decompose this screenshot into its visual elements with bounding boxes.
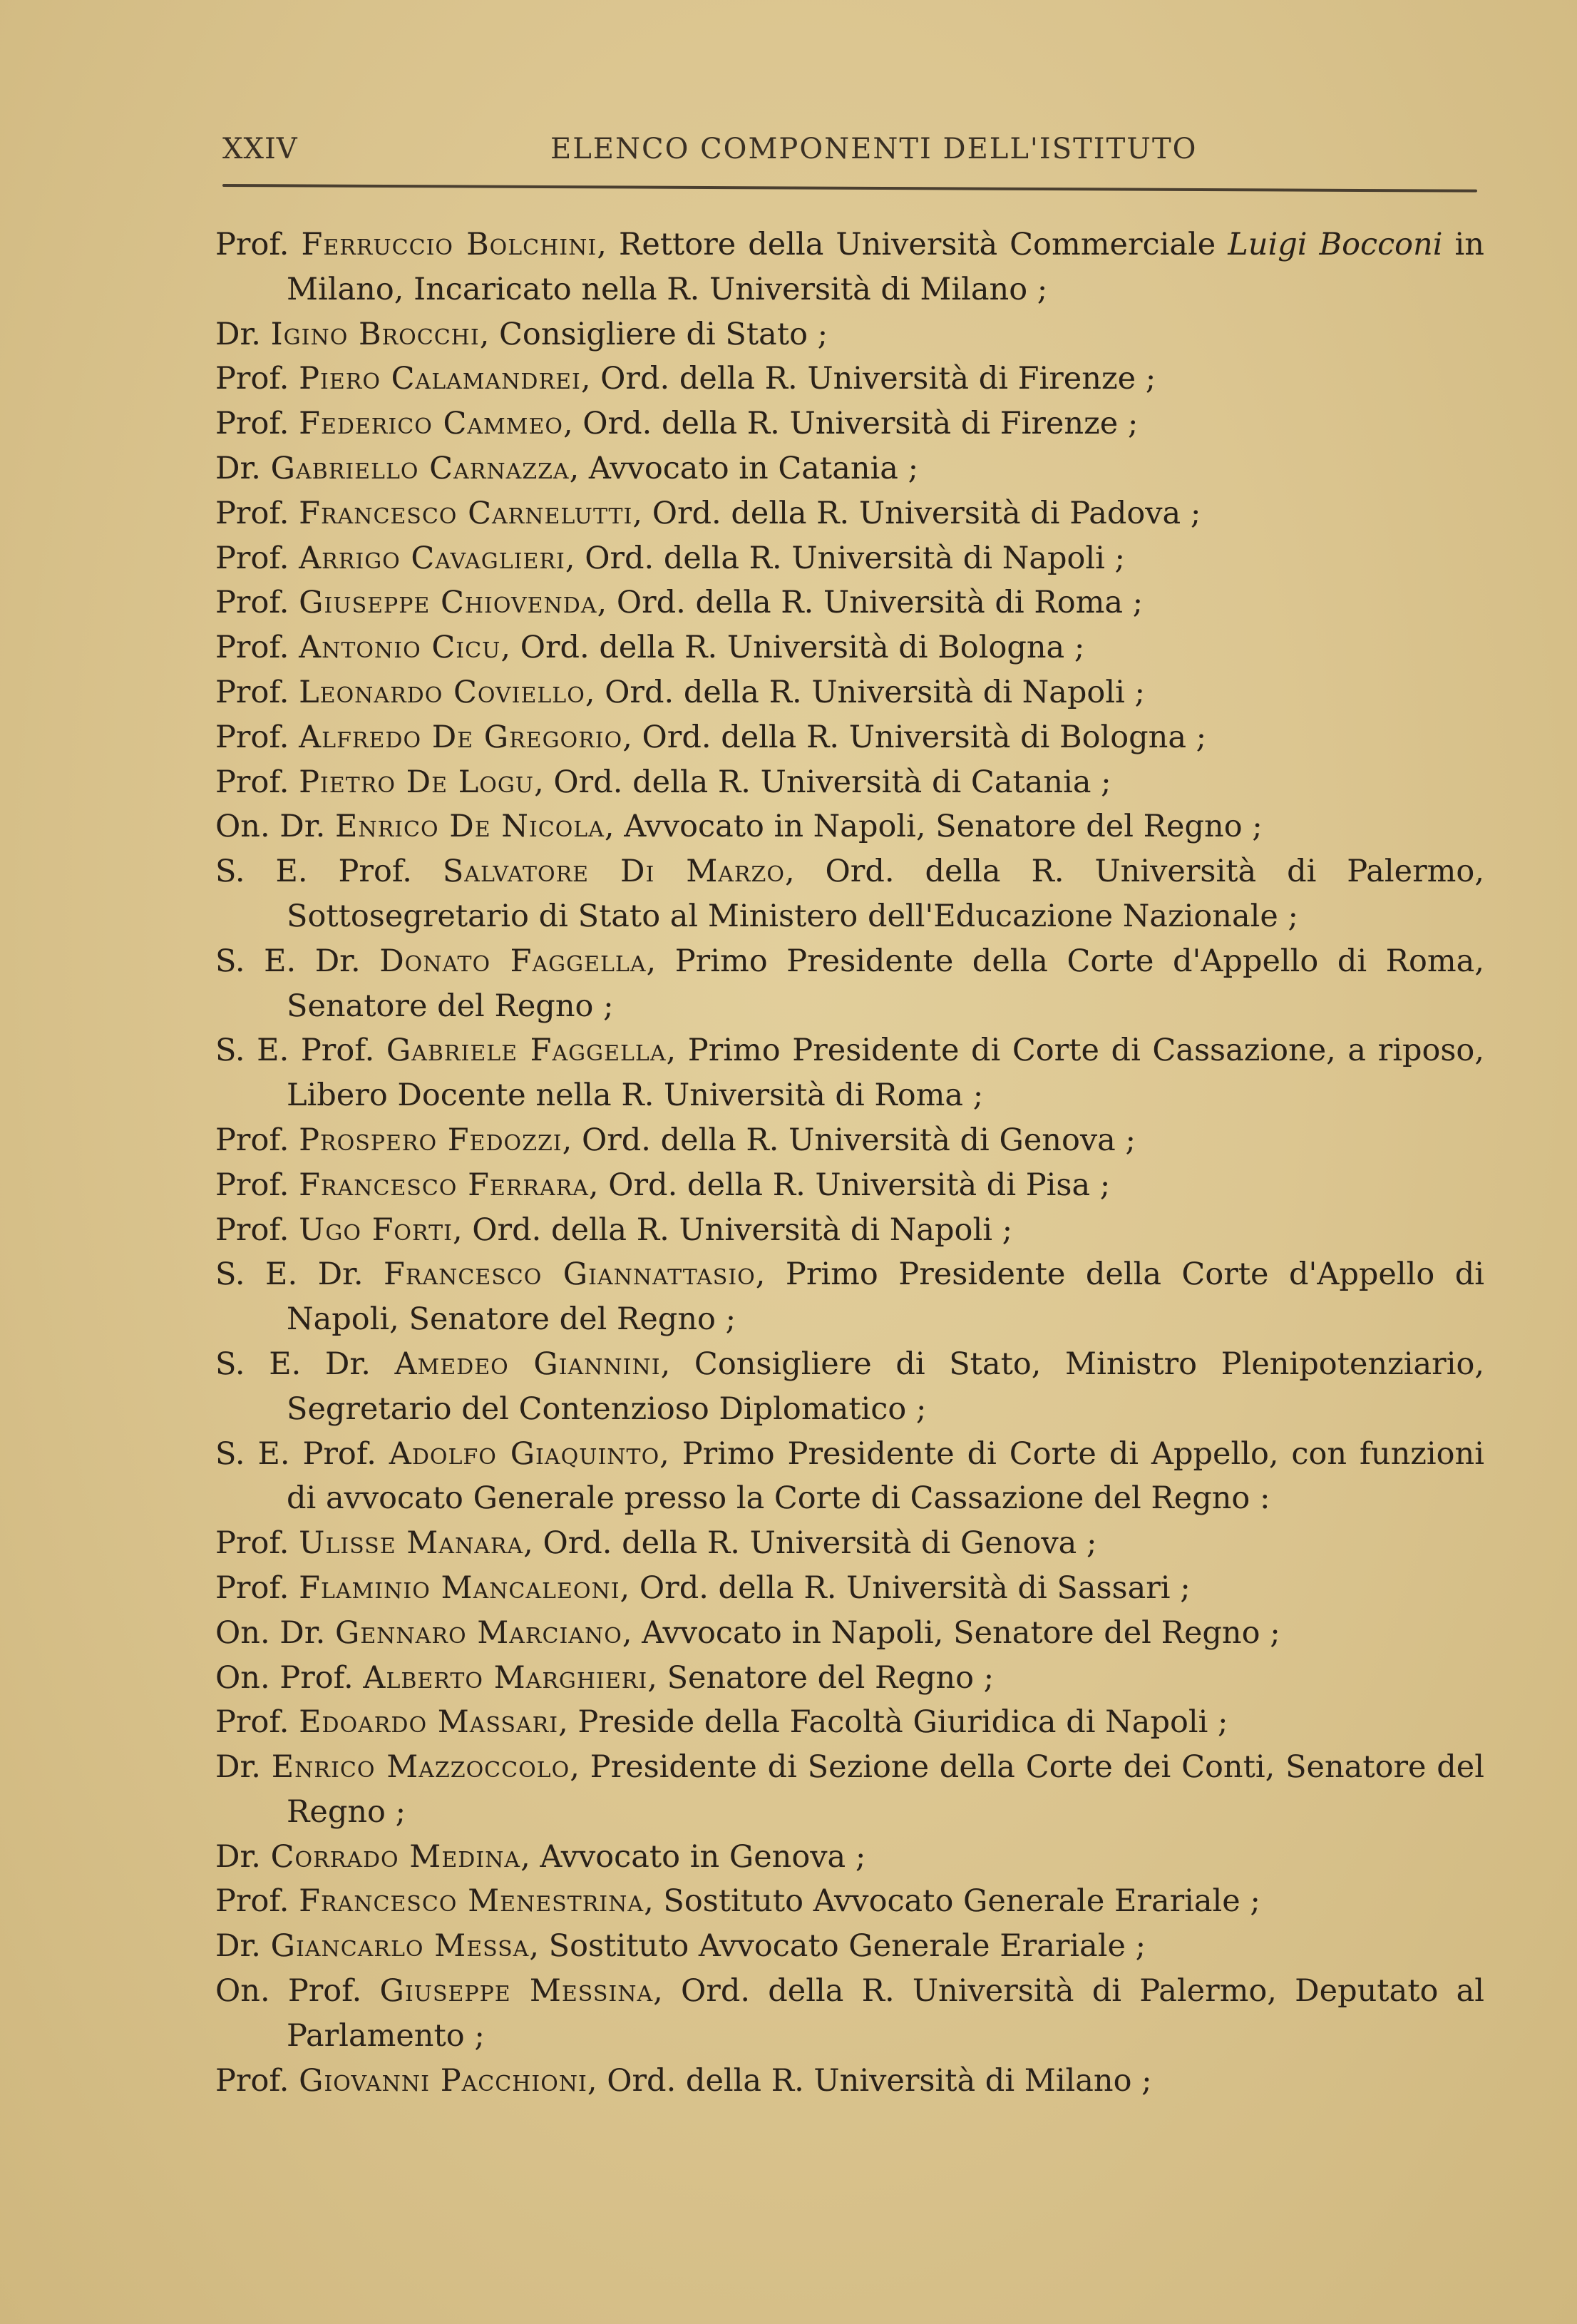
member-title: S. E. Prof.	[215, 1436, 376, 1472]
member-name: Prospero Fedozzi	[299, 1122, 563, 1158]
member-title: S. E. Dr.	[215, 1256, 364, 1292]
institution-name: Luigi Bocconi	[1228, 227, 1442, 262]
member-name: Flaminio Mancaleoni	[299, 1570, 620, 1606]
member-description: , Consigliere di Stato ;	[480, 317, 828, 352]
member-title: Prof.	[215, 675, 289, 710]
member-title: Prof.	[215, 630, 289, 665]
member-name: Leonardo Coviello	[299, 675, 585, 710]
member-name: Arrigo Cavaglieri	[299, 541, 565, 576]
member-title: Dr.	[215, 1839, 261, 1875]
member-description: , Avvocato in Napoli, Senatore del Regno…	[622, 1615, 1280, 1651]
member-title: On. Dr.	[215, 809, 325, 844]
member-title: Prof.	[215, 720, 289, 755]
member-name: Enrico Mazzoccolo	[272, 1749, 570, 1785]
member-description: , Avvocato in Napoli, Senatore del Regno…	[605, 809, 1263, 844]
member-name: Antonio Cicu	[299, 630, 500, 665]
member-description: , Ord. della R. Università di Napoli ;	[453, 1212, 1012, 1248]
member-description: , Ord. della R. Università di Genova ;	[563, 1122, 1136, 1158]
member-description: , Ord. della R. Università di Roma ;	[597, 585, 1144, 620]
member-entry: Prof. Francesco Menestrina, Sostituto Av…	[215, 1879, 1484, 1924]
member-title: Dr.	[215, 1928, 261, 1964]
member-entry: Prof. Antonio Cicu, Ord. della R. Univer…	[215, 625, 1484, 670]
member-description: , Ord. della R. Università di Bologna ;	[500, 630, 1084, 665]
member-name: Donato Faggella	[379, 943, 646, 979]
member-title: Prof.	[215, 496, 289, 531]
member-entry: S. E. Prof. Adolfo Giaquinto, Primo Pres…	[215, 1432, 1484, 1522]
member-entry: On. Prof. Alberto Marghieri, Senatore de…	[215, 1656, 1484, 1701]
member-entry: Dr. Enrico Mazzoccolo, Presidente di Sez…	[215, 1745, 1484, 1835]
member-name: Alfredo De Gregorio	[299, 720, 622, 755]
member-entry: Dr. Corrado Medina, Avvocato in Genova ;	[215, 1835, 1484, 1880]
member-entry: On. Prof. Giuseppe Messina, Ord. della R…	[215, 1969, 1484, 2059]
member-name: Francesco Carnelutti	[299, 496, 632, 531]
member-title: Prof.	[215, 764, 289, 800]
member-entry: Prof. Ferruccio Bolchini, Rettore della …	[215, 222, 1484, 312]
member-entry: S. E. Prof. Gabriele Faggella, Primo Pre…	[215, 1028, 1484, 1118]
member-entry: Prof. Leonardo Coviello, Ord. della R. U…	[215, 670, 1484, 715]
member-name: Ugo Forti	[299, 1212, 453, 1248]
page-header: XXIV ELENCO COMPONENTI DELL'ISTITUTO	[222, 133, 1477, 175]
member-entry: Prof. Edoardo Massari, Preside della Fac…	[215, 1700, 1484, 1745]
header-rule	[222, 184, 1477, 193]
member-title: Dr.	[215, 317, 261, 352]
member-description: , Ord. della R. Università di Napoli ;	[565, 541, 1125, 576]
member-entry: Prof. Prospero Fedozzi, Ord. della R. Un…	[215, 1118, 1484, 1163]
member-name: Alberto Marghieri	[363, 1660, 647, 1696]
member-entry: Prof. Ulisse Manara, Ord. della R. Unive…	[215, 1521, 1484, 1566]
member-entry: S. E. Dr. Francesco Giannattasio, Primo …	[215, 1252, 1484, 1342]
member-name: Ferruccio Bolchini	[301, 227, 597, 262]
member-title: Prof.	[215, 1704, 289, 1740]
member-title: Prof.	[215, 227, 289, 262]
member-entry: S. E. Prof. Salvatore Di Marzo, Ord. del…	[215, 849, 1484, 939]
member-entry: Prof. Ugo Forti, Ord. della R. Universit…	[215, 1208, 1484, 1253]
member-title: Prof.	[215, 1212, 289, 1248]
member-description: , Ord. della R. Università di Napoli ;	[585, 675, 1145, 710]
member-name: Salvatore Di Marzo	[443, 854, 785, 889]
member-entry: On. Dr. Enrico De Nicola, Avvocato in Na…	[215, 804, 1484, 849]
member-entry: Prof. Giovanni Pacchioni, Ord. della R. …	[215, 2059, 1484, 2104]
member-name: Amedeo Giannini	[394, 1346, 660, 1382]
member-description: , Ord. della R. Università di Padova ;	[632, 496, 1201, 531]
member-name: Ulisse Manara	[299, 1525, 523, 1561]
member-title: S. E. Prof.	[215, 854, 412, 889]
member-name: Giuseppe Messina	[379, 1973, 653, 2009]
member-entry: Dr. Igino Brocchi, Consigliere di Stato …	[215, 312, 1484, 357]
member-title: S. E. Prof.	[215, 1033, 374, 1068]
member-name: Gabriello Carnazza	[271, 451, 570, 486]
member-description: , Ord. della R. Università di Milano ;	[587, 2063, 1152, 2099]
member-title: Prof.	[215, 585, 289, 620]
running-title: ELENCO COMPONENTI DELL'ISTITUTO	[550, 133, 1197, 165]
member-title: Prof.	[215, 361, 289, 396]
member-description: , Rettore della Università Commerciale	[597, 227, 1228, 262]
member-entry: On. Dr. Gennaro Marciano, Avvocato in Na…	[215, 1611, 1484, 1656]
member-title: Prof.	[215, 1525, 289, 1561]
member-title: Prof.	[215, 541, 289, 576]
member-entry: Prof. Giuseppe Chiovenda, Ord. della R. …	[215, 580, 1484, 625]
member-title: Prof.	[215, 2063, 289, 2099]
member-title: Prof.	[215, 406, 289, 441]
member-description: , Avvocato in Genova ;	[520, 1839, 865, 1875]
member-description: , Ord. della R. Università di Firenze ;	[563, 406, 1138, 441]
member-description: , Senatore del Regno ;	[647, 1660, 994, 1696]
member-description: , Sostituto Avvocato Generale Erariale ;	[529, 1928, 1146, 1964]
member-entry: Prof. Piero Calamandrei, Ord. della R. U…	[215, 357, 1484, 401]
member-description: , Sostituto Avvocato Generale Erariale ;	[644, 1883, 1260, 1919]
member-title: On. Dr.	[215, 1615, 325, 1651]
member-name: Giovanni Pacchioni	[299, 2063, 587, 2099]
member-name: Pietro De Logu	[299, 764, 534, 800]
member-title: S. E. Dr.	[215, 943, 361, 979]
member-title: Prof.	[215, 1167, 289, 1203]
member-description: , Preside della Facoltà Giuridica di Nap…	[558, 1704, 1228, 1740]
page-number: XXIV	[222, 133, 298, 165]
member-title: Dr.	[215, 1749, 261, 1785]
member-entry: Prof. Pietro De Logu, Ord. della R. Univ…	[215, 760, 1484, 805]
member-entry: Dr. Gabriello Carnazza, Avvocato in Cata…	[215, 446, 1484, 491]
member-name: Igino Brocchi	[271, 317, 480, 352]
member-title: On. Prof.	[215, 1973, 361, 2009]
member-description: , Avvocato in Catania ;	[570, 451, 918, 486]
member-entry: Prof. Arrigo Cavaglieri, Ord. della R. U…	[215, 536, 1484, 581]
member-name: Corrado Medina	[271, 1839, 520, 1875]
member-description: , Ord. della R. Università di Genova ;	[523, 1525, 1096, 1561]
member-description: , Ord. della R. Università di Bologna ;	[622, 720, 1206, 755]
member-name: Giuseppe Chiovenda	[299, 585, 597, 620]
member-name: Piero Calamandrei	[299, 361, 581, 396]
member-entry: Prof. Federico Cammeo, Ord. della R. Uni…	[215, 401, 1484, 446]
member-name: Gennaro Marciano	[335, 1615, 622, 1651]
member-description: , Ord. della R. Università di Firenze ;	[581, 361, 1156, 396]
member-entry: Prof. Francesco Ferrara, Ord. della R. U…	[215, 1163, 1484, 1208]
member-title: Prof.	[215, 1122, 289, 1158]
member-description: , Ord. della R. Università di Catania ;	[534, 764, 1111, 800]
member-title: Prof.	[215, 1883, 289, 1919]
member-name: Edoardo Massari	[299, 1704, 558, 1740]
member-description: , Ord. della R. Università di Sassari ;	[620, 1570, 1191, 1606]
member-name: Adolfo Giaquinto	[389, 1436, 659, 1472]
member-entry: Prof. Francesco Carnelutti, Ord. della R…	[215, 491, 1484, 536]
member-name: Federico Cammeo	[299, 406, 563, 441]
member-name: Gabriele Faggella	[386, 1033, 667, 1068]
member-entry: S. E. Dr. Donato Faggella, Primo Preside…	[215, 939, 1484, 1029]
member-title: Dr.	[215, 451, 261, 486]
member-entry: Dr. Giancarlo Messa, Sostituto Avvocato …	[215, 1924, 1484, 1969]
member-title: On. Prof.	[215, 1660, 354, 1696]
member-name: Francesco Menestrina	[299, 1883, 644, 1919]
member-list: Prof. Ferruccio Bolchini, Rettore della …	[215, 222, 1484, 2103]
member-name: Enrico De Nicola	[335, 809, 605, 844]
member-entry: Prof. Flaminio Mancaleoni, Ord. della R.…	[215, 1566, 1484, 1611]
member-description: , Ord. della R. Università di Pisa ;	[589, 1167, 1110, 1203]
member-title: S. E. Dr.	[215, 1346, 371, 1382]
member-name: Giancarlo Messa	[271, 1928, 530, 1964]
member-name: Francesco Ferrara	[299, 1167, 589, 1203]
member-name: Francesco Giannattasio	[384, 1256, 756, 1292]
member-title: Prof.	[215, 1570, 289, 1606]
member-entry: Prof. Alfredo De Gregorio, Ord. della R.…	[215, 715, 1484, 760]
member-entry: S. E. Dr. Amedeo Giannini, Consigliere d…	[215, 1342, 1484, 1432]
